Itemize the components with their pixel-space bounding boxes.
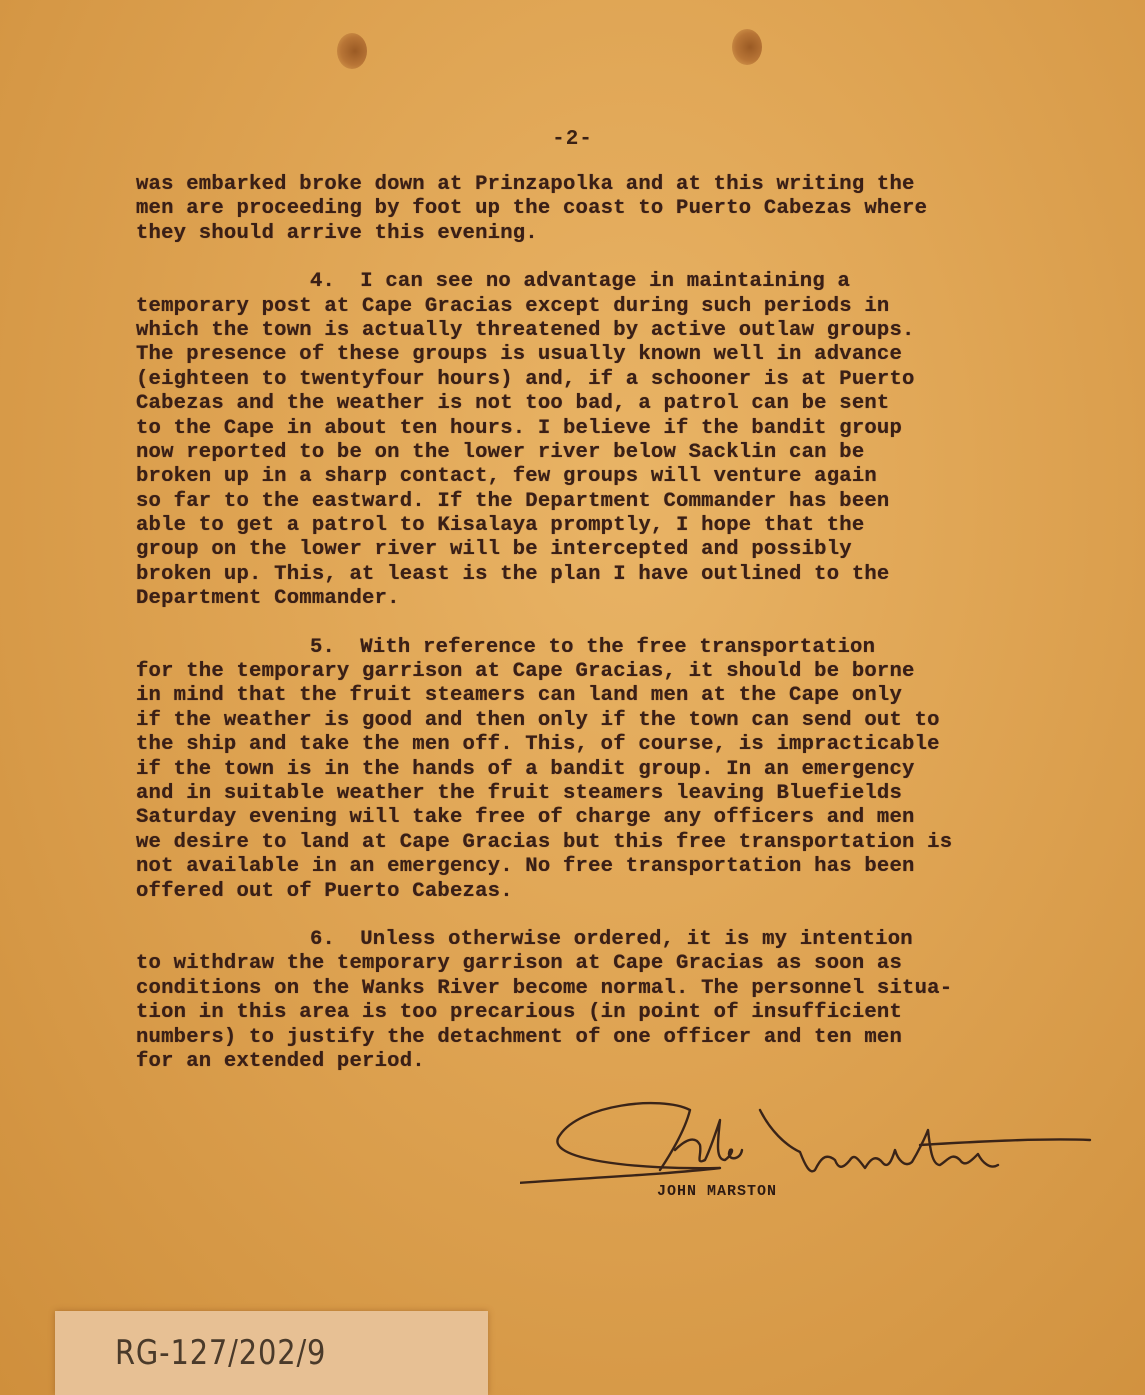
paragraph-continuation: was embarked broke down at Prinzapolka a…	[136, 173, 1036, 246]
paragraph-number: 6.	[310, 928, 335, 951]
text-line: men are proceeding by foot up the coast …	[136, 197, 1036, 221]
punch-hole-right	[732, 29, 762, 65]
text-line: numbers) to justify the detachment of on…	[136, 1026, 1036, 1050]
text-line: now reported to be on the lower river be…	[136, 441, 1036, 465]
text-line: The presence of these groups is usually …	[136, 343, 1036, 367]
letter-body: was embarked broke down at Prinzapolka a…	[136, 173, 1036, 1098]
text-line: I can see no advantage in maintaining a	[360, 270, 850, 293]
text-line: (eighteen to twentyfour hours) and, if a…	[136, 368, 1036, 392]
text-line: broken up in a sharp contact, few groups…	[136, 465, 1036, 489]
text-line: tion in this area is too precarious (in …	[136, 1001, 1036, 1025]
text-line: for the temporary garrison at Cape Graci…	[136, 660, 1036, 684]
text-line: Saturday evening will take free of charg…	[136, 806, 1036, 830]
text-line: they should arrive this evening.	[136, 222, 1036, 246]
text-line: conditions on the Wanks River become nor…	[136, 977, 1036, 1001]
text-line: to withdraw the temporary garrison at Ca…	[136, 952, 1036, 976]
text-line: not available in an emergency. No free t…	[136, 855, 1036, 879]
text-line: and in suitable weather the fruit steame…	[136, 782, 1036, 806]
text-line: which the town is actually threatened by…	[136, 319, 1036, 343]
page-number: -2-	[0, 128, 1145, 151]
text-line: offered out of Puerto Cabezas.	[136, 880, 1036, 904]
text-line: group on the lower river will be interce…	[136, 538, 1036, 562]
text-line: broken up. This, at least is the plan I …	[136, 563, 1036, 587]
text-line: temporary post at Cape Gracias except du…	[136, 295, 1036, 319]
text-line-first: 4. I can see no advantage in maintaining…	[136, 270, 1036, 294]
text-line-first: 5. With reference to the free transporta…	[136, 636, 1036, 660]
text-line: for an extended period.	[136, 1050, 1036, 1074]
text-line: in mind that the fruit steamers can land…	[136, 684, 1036, 708]
text-line: the ship and take the men off. This, of …	[136, 733, 1036, 757]
archive-reference-text: RG-127/202/9	[115, 1333, 326, 1373]
text-line: to the Cape in about ten hours. I believ…	[136, 417, 1036, 441]
text-line: if the weather is good and then only if …	[136, 709, 1036, 733]
text-line: Department Commander.	[136, 587, 1036, 611]
text-line: With reference to the free transportatio…	[360, 636, 875, 659]
paragraph-4: 4. I can see no advantage in maintaining…	[136, 270, 1036, 611]
text-line: if the town is in the hands of a bandit …	[136, 758, 1036, 782]
text-line: Unless otherwise ordered, it is my inten…	[360, 928, 913, 951]
paragraph-5: 5. With reference to the free transporta…	[136, 636, 1036, 904]
typed-signatory-name: JOHN MARSTON	[657, 1183, 777, 1200]
text-line-first: 6. Unless otherwise ordered, it is my in…	[136, 928, 1036, 952]
text-line: Cabezas and the weather is not too bad, …	[136, 392, 1036, 416]
punch-hole-left	[337, 33, 367, 69]
paragraph-6: 6. Unless otherwise ordered, it is my in…	[136, 928, 1036, 1074]
paragraph-number: 5.	[310, 636, 335, 659]
handwritten-signature	[520, 1090, 1100, 1185]
paragraph-number: 4.	[310, 270, 335, 293]
text-line: so far to the eastward. If the Departmen…	[136, 490, 1036, 514]
text-line: we desire to land at Cape Gracias but th…	[136, 831, 1036, 855]
text-line: able to get a patrol to Kisalaya promptl…	[136, 514, 1036, 538]
text-line: was embarked broke down at Prinzapolka a…	[136, 173, 1036, 197]
archive-reference-label: RG-127/202/9	[55, 1311, 488, 1395]
